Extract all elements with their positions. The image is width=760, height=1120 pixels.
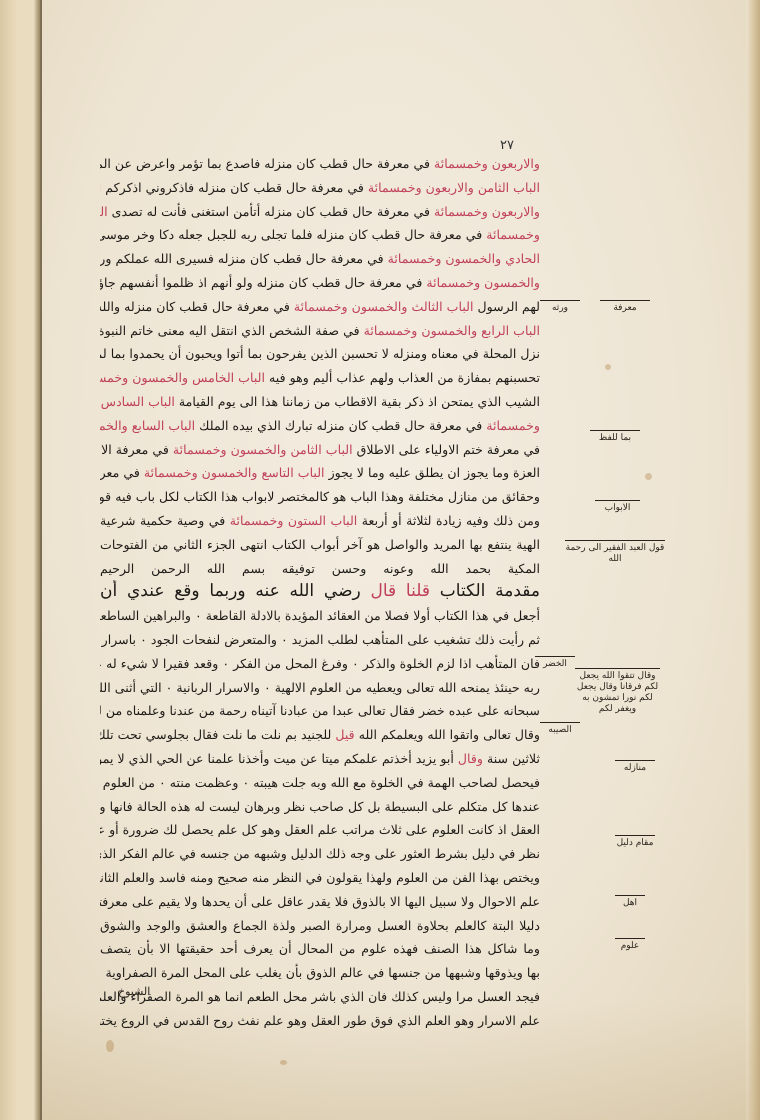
text-line: ثلاثين سنة وقال أبو يزيد أخذتم علمكم ميت…	[100, 747, 540, 771]
text-line: نزل المحلة في معناه ومنزله لا تحسبن الذي…	[100, 342, 540, 366]
rubric-text: الحادي والخمسون وخمسمائة	[388, 251, 540, 266]
overline-mark	[595, 500, 640, 501]
body-text: ربه حينئذ يمنحه الله تعالى ويعطيه من الع…	[100, 680, 540, 695]
text-line: عندها كل متكلم على البسيطة بل كل صاحب نظ…	[100, 795, 540, 819]
body-text: فيحصل لصاحب الهمة في الخلوة مع الله وبه …	[100, 775, 540, 790]
overline-mark	[540, 300, 580, 301]
rubric-text: الباب الخامس والخمسون وخمسمائة	[100, 370, 265, 385]
text-line: تحسبنهم بمفازة من العذاب ولهم عذاب أليم …	[100, 366, 540, 390]
text-line: فان المتأهب اذا لزم الخلوة والذكر ۰ وفرغ…	[100, 652, 540, 676]
body-text: مقدمة الكتاب	[430, 581, 540, 601]
body-text: ويختص بهذا الفن من العلوم ولهذا يقولون ف…	[100, 870, 540, 885]
text-line: فيحصل لصاحب الهمة في الخلوة مع الله وبه …	[100, 771, 540, 795]
margin-note: وقال تتقوا الله يجعل لكم فرقانا وقال يجع…	[575, 668, 660, 715]
rubric-text: وخمسمائة	[486, 418, 540, 433]
margin-note-text: الصيبه	[548, 725, 571, 735]
body-text: وما شاكل هذا الصنف فهذه علوم من المحال أ…	[100, 941, 540, 956]
body-text: ثلاثين سنة	[483, 751, 540, 766]
body-text: في صفة الشخص الذي انتقل اليه معنى خاتم ا…	[100, 323, 364, 338]
rubric-text: الباب السابع والخمسون وخمسمائة	[100, 418, 195, 433]
rubric-text: الباب الستون وخمسمائة	[230, 513, 358, 528]
body-text: للجنيد بم نلت ما نلت فقال بجلوسي تحت تلك…	[100, 727, 335, 742]
overline-mark	[615, 895, 645, 896]
text-line: الحادي والخمسون وخمسمائة في معرفة حال قط…	[100, 247, 540, 271]
margin-note-text: قول العبد الفقير الى رحمة الله	[566, 543, 665, 564]
body-text: الهية ينتفع بها المريد والواصل هو آخر أب…	[100, 537, 540, 552]
foxing-spot	[605, 364, 611, 370]
text-line: والاربعون وخمسمائة في معرفة حال قطب كان …	[100, 152, 540, 176]
rubric-text: الباب الخمسون	[100, 204, 108, 219]
rubric-text: الباب الثالث والخمسون وخمسمائة	[294, 299, 474, 314]
overline-mark	[565, 540, 665, 541]
margin-note: اهل	[615, 895, 645, 909]
text-line: أجعل في هذا الكتاب أولا فصلا من العقائد …	[100, 604, 540, 628]
margin-note-text: مقام دليل	[617, 838, 654, 848]
body-text: في معرفة حال قطب كان منزله ولو أنهم اذ ظ…	[100, 275, 426, 290]
text-line: الهية ينتفع بها المريد والواصل هو آخر أب…	[100, 533, 540, 557]
body-text: في معرفة حال قطب كان منزله فلما تجلى ربه…	[100, 227, 486, 242]
rubric-text: الباب السادس والخمسون	[100, 394, 175, 409]
text-line: الباب الرابع والخمسون وخمسمائة في صفة ال…	[100, 319, 540, 343]
text-line: فيجد العسل مرا وليس كذلك فان الذي باشر م…	[100, 985, 540, 1009]
overline-mark	[590, 430, 640, 431]
rubric-text: والاربعون وخمسمائة	[434, 204, 540, 219]
margin-note-text: ورثه	[552, 303, 568, 313]
body-text: وحقائق من منازل مختلفة وهذا الباب هو كال…	[100, 489, 540, 504]
body-text: نظر في دليل بشرط العثور على وجه ذلك الدل…	[100, 846, 540, 861]
margin-note: منازله	[615, 760, 655, 774]
margin-note: الابواب	[595, 500, 640, 514]
text-line: وخمسمائة في معرفة حال قطب كان منزله تبار…	[100, 414, 540, 438]
text-line: ربه حينئذ يمنحه الله تعالى ويعطيه من الع…	[100, 676, 540, 700]
foxing-spot	[645, 473, 652, 480]
body-text: الشيب الذي يمتحن اذ ذكر بقية الاقطاب من …	[175, 394, 540, 409]
text-line: في معرفة ختم الاولياء على الاطلاق الباب …	[100, 438, 540, 462]
rubric-text: قيل	[335, 727, 354, 742]
body-text: بها ويذوقها وشبهها من جنسها في عالم الذو…	[100, 965, 540, 980]
rubric-text: الباب الثامن والخمسون وخمسمائة	[173, 442, 353, 457]
body-text: في معرفة حال قطب كان منزله فاصدع بما تؤم…	[100, 156, 434, 171]
body-text: في معرفة ختم الاولياء على الاطلاق	[353, 442, 540, 457]
foxing-spot	[280, 1060, 287, 1065]
margin-note-text: علوم	[621, 941, 640, 951]
body-text: علم الاسرار وهو العلم الذي فوق طور العقل…	[100, 1013, 540, 1028]
margin-note: علوم	[615, 938, 645, 952]
rubric-text: والخمسون وخمسمائة	[426, 275, 540, 290]
rubric-text: الباب التاسع والخمسون وخمسمائة	[144, 465, 325, 480]
overline-mark	[615, 938, 645, 939]
text-line: علم الاسرار وهو العلم الذي فوق طور العقل…	[100, 1009, 540, 1033]
body-text: وقال تعالى واتقوا الله ويعلمكم الله	[355, 727, 540, 742]
overline-mark	[600, 300, 650, 301]
overline-mark	[575, 668, 660, 669]
body-text: في معرفة حال قطب كان منزله فسيرى الله عم…	[100, 251, 388, 266]
margin-note-text: اهل	[623, 898, 637, 908]
margin-note-text: بما للفظ	[599, 433, 631, 443]
body-text: في معرفة الاسماء التي الى ربت	[100, 442, 173, 457]
rubric-text: وخمسمائة	[486, 227, 540, 242]
body-text: أبو يزيد أخذتم علمكم ميتا عن ميت وأخذنا …	[100, 751, 458, 766]
overline-mark	[540, 722, 580, 723]
text-line: وخمسمائة في معرفة حال قطب كان منزله فلما…	[100, 223, 540, 247]
binding-gutter	[0, 0, 42, 1120]
text-line: الباب الثامن والاربعون وخمسمائة في معرفة…	[100, 176, 540, 200]
margin-note-text: معرفة	[613, 303, 636, 313]
manuscript-page: ٢٧ والاربعون وخمسمائة في معرفة حال قطب ك…	[0, 0, 760, 1120]
rubric-text: والاربعون وخمسمائة	[434, 156, 540, 171]
body-text: سبحانه على عبده خضر فقال تعالى عبدا من ع…	[100, 703, 540, 718]
rubric-text: وقال	[458, 751, 483, 766]
text-line: دليلا البتة كالعلم بحلاوة العسل ومرارة ا…	[100, 914, 540, 938]
body-text: العزة وما يجوز ان يطلق عليه وما لا يجوز	[325, 465, 540, 480]
text-line: وما شاكل هذا الصنف فهذه علوم من المحال أ…	[100, 937, 540, 961]
catchword: الشيوخ	[118, 985, 150, 998]
main-text-block: والاربعون وخمسمائة في معرفة حال قطب كان …	[100, 152, 540, 1032]
body-text: ثم رأيت ذلك تشغيب على المتأهب لطلب المزي…	[100, 632, 540, 647]
margin-note: الخضر	[535, 656, 575, 670]
section-heading-line: مقدمة الكتاب قلنا قال رضي الله عنه وربما…	[100, 580, 540, 604]
body-text: لهم الرسول	[473, 299, 540, 314]
foxing-spot	[106, 1040, 114, 1052]
margin-note: الصيبه	[540, 722, 580, 736]
body-text: علم الاحوال ولا سبيل اليها الا بالذوق فل…	[100, 894, 540, 909]
rubric-text: قلنا قال	[371, 581, 431, 601]
body-text: العقل اذ كانت العلوم على ثلاث مراتب علم …	[100, 822, 540, 837]
body-text: فيجد العسل مرا وليس كذلك فان الذي باشر م…	[100, 989, 540, 1004]
text-line: ويختص بهذا الفن من العلوم ولهذا يقولون ف…	[100, 866, 540, 890]
text-line: الشيب الذي يمتحن اذ ذكر بقية الاقطاب من …	[100, 390, 540, 414]
rubric-text: الباب الرابع والخمسون وخمسمائة	[364, 323, 540, 338]
overline-mark	[535, 656, 575, 657]
text-line: لهم الرسول الباب الثالث والخمسون وخمسمائ…	[100, 295, 540, 319]
body-text: ومن ذلك وفيه زيادة لثلاثة أو أربعة	[357, 513, 540, 528]
body-text: المكية بحمد الله وعونه وحسن توفيقه بسم ا…	[100, 561, 540, 576]
body-text: تحسبنهم بمفازة من العذاب ولهم عذاب أليم …	[265, 370, 540, 385]
body-text: دليلا البتة كالعلم بحلاوة العسل ومرارة ا…	[100, 918, 540, 933]
overline-mark	[615, 760, 655, 761]
text-line: ثم رأيت ذلك تشغيب على المتأهب لطلب المزي…	[100, 628, 540, 652]
body-text: في معرفة حال قطب كان منزله أتأمن استغنى …	[108, 204, 434, 219]
text-line: ومن ذلك وفيه زيادة لثلاثة أو أربعة الباب…	[100, 509, 540, 533]
margin-note: بما للفظ	[590, 430, 640, 444]
margin-note: قول العبد الفقير الى رحمة الله	[565, 540, 665, 565]
text-line: والخمسون وخمسمائة في معرفة حال قطب كان م…	[100, 271, 540, 295]
text-line: والاربعون وخمسمائة في معرفة حال قطب كان …	[100, 200, 540, 224]
text-line: علم الاحوال ولا سبيل اليها الا بالذوق فل…	[100, 890, 540, 914]
body-text: عندها كل متكلم على البسيطة بل كل صاحب نظ…	[100, 799, 540, 814]
margin-note-text: منازله	[624, 763, 646, 773]
margin-note: ورثه	[540, 300, 580, 314]
text-line: نظر في دليل بشرط العثور على وجه ذلك الدل…	[100, 842, 540, 866]
overline-mark	[615, 835, 655, 836]
body-text: رضي الله عنه وربما وقع عندي أن	[100, 581, 371, 601]
margin-note-text: وقال تتقوا الله يجعل لكم فرقانا وقال يجع…	[577, 671, 658, 714]
body-text: فان المتأهب اذا لزم الخلوة والذكر ۰ وفرغ…	[100, 656, 540, 671]
text-line: بها ويذوقها وشبهها من جنسها في عالم الذو…	[100, 961, 540, 985]
gutter-fold-line	[40, 0, 42, 1120]
body-text: أجعل في هذا الكتاب أولا فصلا من العقائد …	[100, 608, 540, 623]
margin-note: معرفة	[600, 300, 650, 314]
text-line: وقال تعالى واتقوا الله ويعلمكم الله قيل …	[100, 723, 540, 747]
body-text: في معرفة حال قطب كان منزله فاذكروني اذكر…	[101, 180, 368, 195]
text-line: سبحانه على عبده خضر فقال تعالى عبدا من ع…	[100, 699, 540, 723]
rubric-text: الباب الثامن والاربعون وخمسمائة	[368, 180, 540, 195]
margin-note-text: الخضر	[543, 659, 567, 669]
text-line: وحقائق من منازل مختلفة وهذا الباب هو كال…	[100, 485, 540, 509]
folio-number: ٢٧	[500, 138, 514, 153]
body-text: في معرفة حال قطب كان منزله والله من ورائ…	[100, 299, 294, 314]
margin-note-text: الابواب	[605, 503, 631, 513]
body-text: نزل المحلة في معناه ومنزله لا تحسبن الذي…	[100, 346, 540, 361]
text-line: العزة وما يجوز ان يطلق عليه وما لا يجوز …	[100, 461, 540, 485]
text-line: العقل اذ كانت العلوم على ثلاث مراتب علم …	[100, 818, 540, 842]
text-line: المكية بحمد الله وعونه وحسن توفيقه بسم ا…	[100, 557, 540, 581]
body-text: في معرفة اسرار	[100, 465, 144, 480]
body-text: في وصية حكمية شرعية	[100, 513, 230, 528]
page-edge	[746, 0, 760, 1120]
body-text: في معرفة حال قطب كان منزله تبارك الذي بي…	[195, 418, 486, 433]
margin-note: مقام دليل	[615, 835, 655, 849]
